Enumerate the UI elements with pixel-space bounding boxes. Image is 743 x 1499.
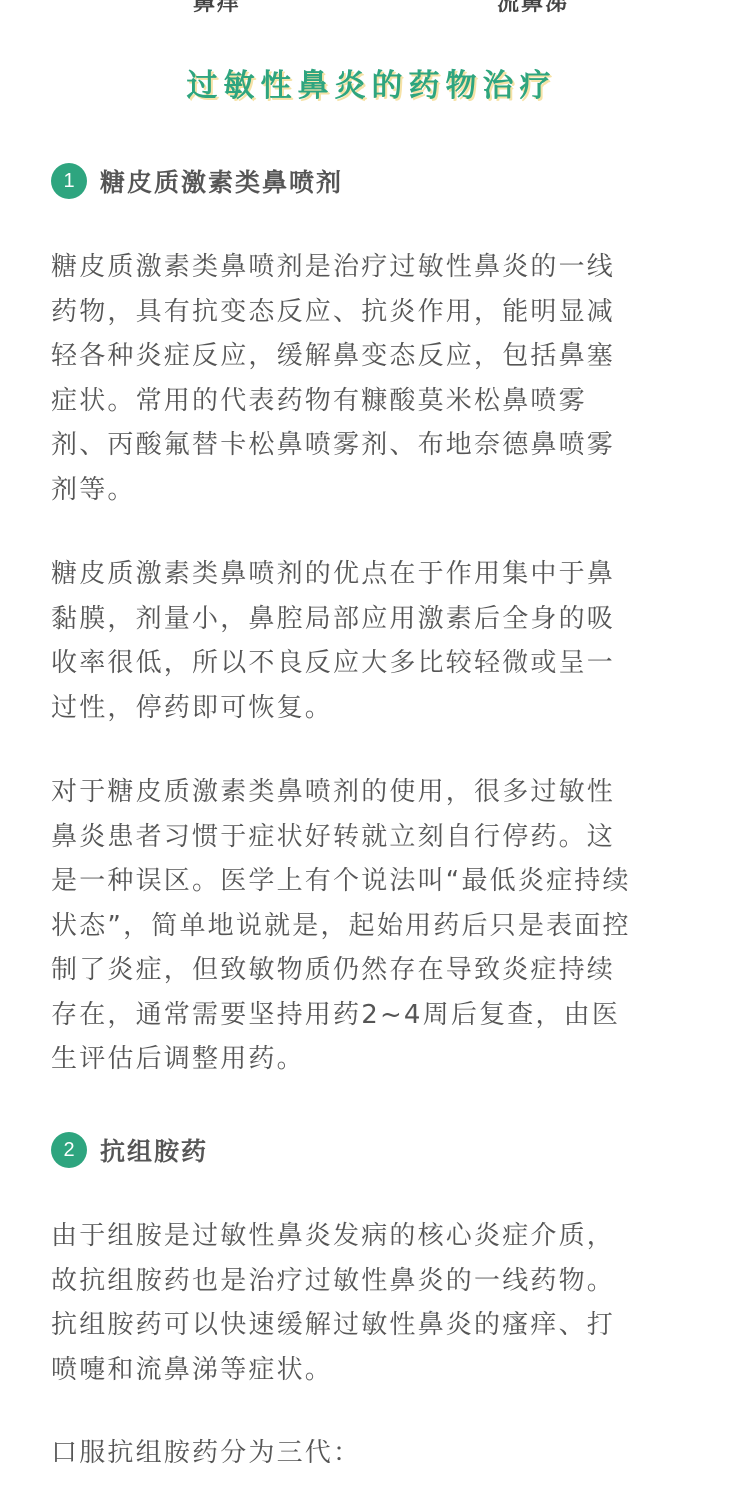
text-line: 制了炎症，但致敏物质仍然存在导致炎症持续 <box>51 948 691 993</box>
text-line: 症状。常用的代表药物有糠酸莫米松鼻喷雾 <box>51 379 691 424</box>
text-line: 黏膜，剂量小，鼻腔局部应用激素后全身的吸 <box>51 597 691 642</box>
text-line: 口服抗组胺药分为三代： <box>51 1431 691 1476</box>
number-badge-2: 2 <box>51 1132 87 1168</box>
text-line: 状态”，简单地说就是，起始用药后只是表面控 <box>51 904 691 949</box>
previous-figure-labels: 鼻痒 流鼻涕 <box>0 0 743 16</box>
text-line: 糖皮质激素类鼻喷剂的优点在于作用集中于鼻 <box>51 552 691 597</box>
text-line: 由于组胺是过敏性鼻炎发病的核心炎症介质， <box>51 1214 691 1259</box>
paragraph: 对于糖皮质激素类鼻喷剂的使用，很多过敏性 鼻炎患者习惯于症状好转就立刻自行停药。… <box>51 770 691 1082</box>
text-line: 药物，具有抗变态反应、抗炎作用，能明显减 <box>51 290 691 335</box>
section-heading-text: 抗组胺药 <box>100 1132 208 1168</box>
text-line: 抗组胺药可以快速缓解过敏性鼻炎的瘙痒、打 <box>51 1303 691 1348</box>
text-line: 过性，停药即可恢复。 <box>51 686 691 731</box>
section-heading-1: 1 糖皮质激素类鼻喷剂 <box>51 163 343 199</box>
text-line: 剂等。 <box>51 468 691 513</box>
text-line: 收率很低，所以不良反应大多比较轻微或呈一 <box>51 641 691 686</box>
text-line: 故抗组胺药也是治疗过敏性鼻炎的一线药物。 <box>51 1259 691 1304</box>
paragraph: 口服抗组胺药分为三代： <box>51 1431 691 1476</box>
number-badge-1: 1 <box>51 163 87 199</box>
paragraph: 糖皮质激素类鼻喷剂的优点在于作用集中于鼻 黏膜，剂量小，鼻腔局部应用激素后全身的… <box>51 552 691 730</box>
label-runny-nose: 流鼻涕 <box>497 0 569 17</box>
text-line: 剂、丙酸氟替卡松鼻喷雾剂、布地奈德鼻喷雾 <box>51 423 691 468</box>
text-line: 喷嚏和流鼻涕等症状。 <box>51 1348 691 1393</box>
section-heading-text: 糖皮质激素类鼻喷剂 <box>100 163 343 199</box>
text-line: 生评估后调整用药。 <box>51 1037 691 1082</box>
text-line: 轻各种炎症反应，缓解鼻变态反应，包括鼻塞 <box>51 334 691 379</box>
section-heading-2: 2 抗组胺药 <box>51 1132 208 1168</box>
text-line: 鼻炎患者习惯于症状好转就立刻自行停药。这 <box>51 815 691 860</box>
paragraph: 糖皮质激素类鼻喷剂是治疗过敏性鼻炎的一线 药物，具有抗变态反应、抗炎作用，能明显… <box>51 245 691 512</box>
text-line: 对于糖皮质激素类鼻喷剂的使用，很多过敏性 <box>51 770 691 815</box>
label-nasal-itch: 鼻痒 <box>193 0 241 17</box>
text-line: 存在，通常需要坚持用药2~4周后复查，由医 <box>51 993 691 1038</box>
page-title: 过敏性鼻炎的药物治疗 <box>0 60 743 105</box>
paragraph: 由于组胺是过敏性鼻炎发病的核心炎症介质， 故抗组胺药也是治疗过敏性鼻炎的一线药物… <box>51 1214 691 1392</box>
text-line: 是一种误区。医学上有个说法叫“最低炎症持续 <box>51 859 691 904</box>
text-line: 糖皮质激素类鼻喷剂是治疗过敏性鼻炎的一线 <box>51 245 691 290</box>
